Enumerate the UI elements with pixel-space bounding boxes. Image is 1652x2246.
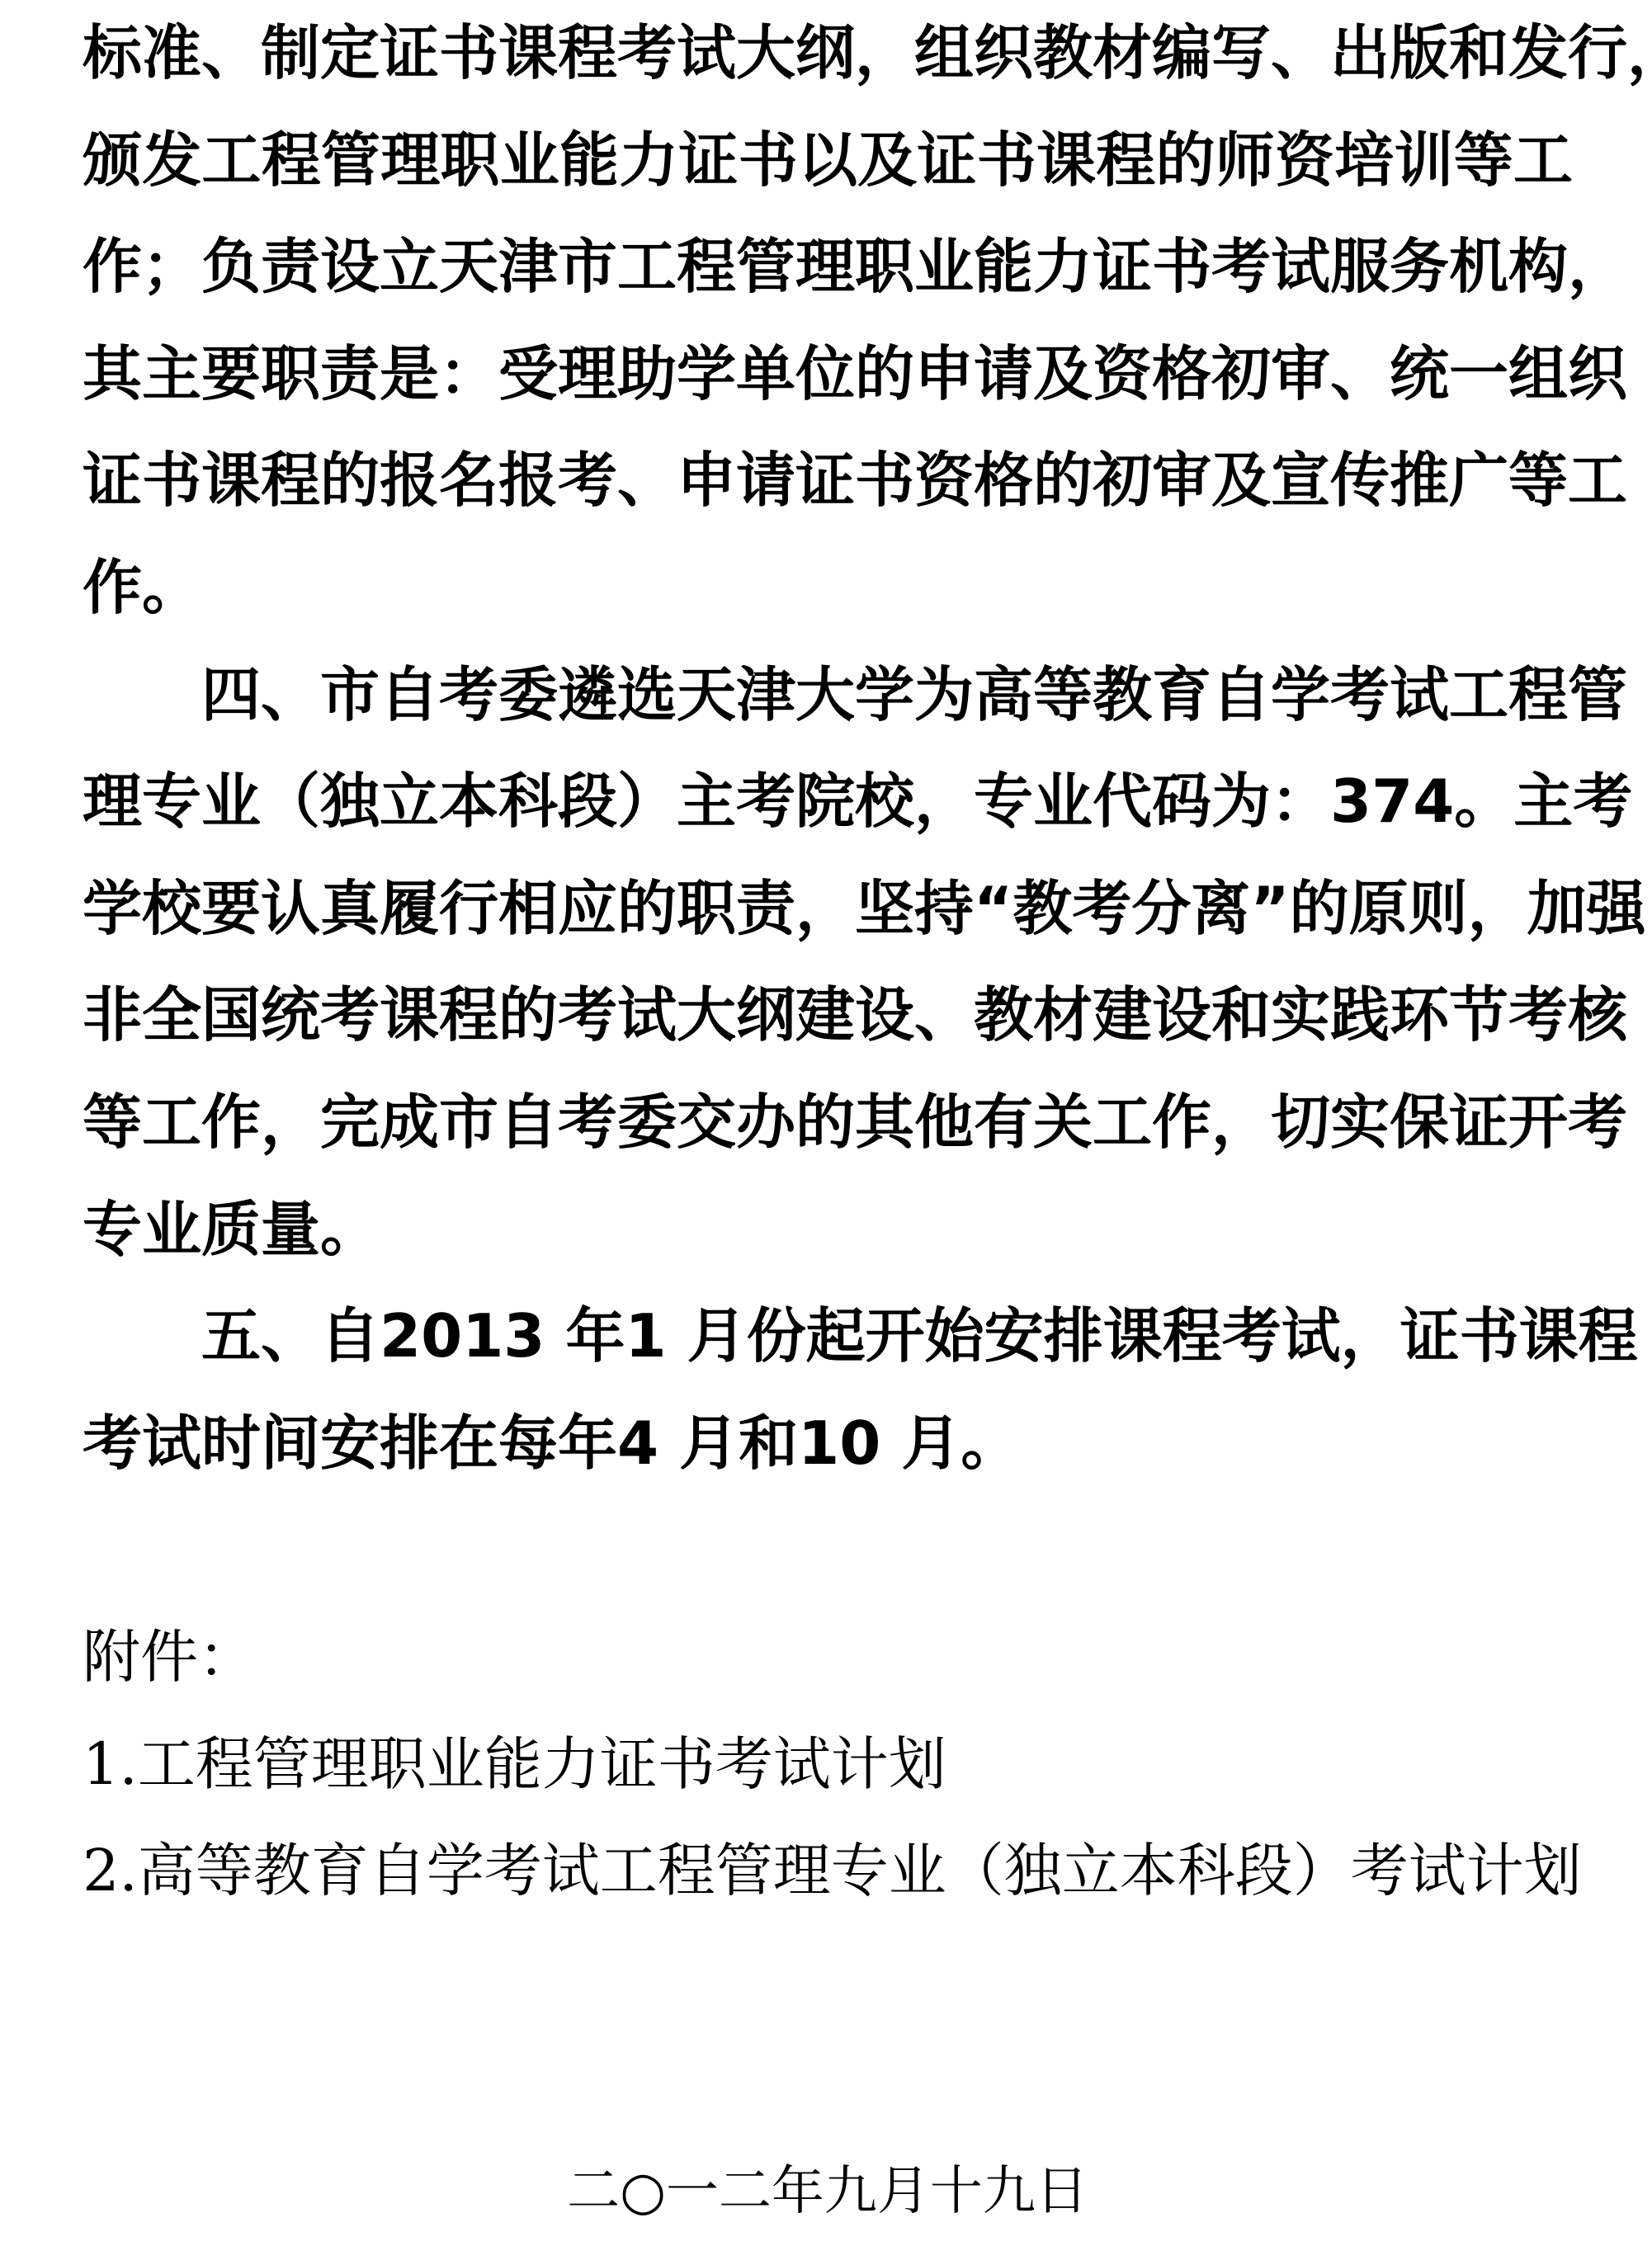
document-line: 作；负责设立天津市工程管理职业能力证书考试服务机构， — [83, 214, 1573, 321]
document-line: 学校要认真履行相应的职责，坚持“教考分离”的原则，加强 — [83, 856, 1573, 963]
document-body: 标准、制定证书课程考试大纲，组织教材编写、出版和发行，颁发工程管理职业能力证书以… — [83, 0, 1573, 2246]
document-line: 五、自2013 年1 月份起开始安排课程考试，证书课程 — [83, 1283, 1573, 1390]
document-line: 1.工程管理职业能力证书考试计划 — [83, 1711, 1573, 1819]
document-line: 作。 — [83, 535, 1573, 642]
document-line: 非全国统考课程的考试大纲建设、教材建设和实践环节考核 — [83, 962, 1573, 1069]
document-line: 等工作，完成市自考委交办的其他有关工作，切实保证开考 — [83, 1069, 1573, 1177]
document-line: 其主要职责是：受理助学单位的申请及资格初审、统一组织 — [83, 321, 1573, 428]
document-page: 标准、制定证书课程考试大纲，组织教材编写、出版和发行，颁发工程管理职业能力证书以… — [0, 0, 1652, 2246]
document-line: 考试时间安排在每年4 月和10 月。 — [83, 1390, 1573, 1498]
document-line: 证书课程的报名报考、申请证书资格的初审及宣传推广等工 — [83, 427, 1573, 535]
document-line: 附件： — [83, 1604, 1573, 1711]
document-line: 四、市自考委遴选天津大学为高等教育自学考试工程管 — [83, 642, 1573, 749]
document-line: 颁发工程管理职业能力证书以及证书课程的师资培训等工 — [83, 107, 1573, 215]
document-line: 二○一二年九月十九日 — [83, 2139, 1573, 2246]
document-line: 理专业（独立本科段）主考院校，专业代码为：374。主考 — [83, 748, 1573, 856]
document-line — [83, 1497, 1573, 1604]
document-line: 标准、制定证书课程考试大纲，组织教材编写、出版和发行， — [83, 0, 1573, 107]
document-line — [83, 1925, 1573, 2032]
document-line: 2.高等教育自学考试工程管理专业（独立本科段）考试计划 — [83, 1818, 1573, 1925]
document-line — [83, 2031, 1573, 2139]
document-line: 专业质量。 — [83, 1177, 1573, 1284]
